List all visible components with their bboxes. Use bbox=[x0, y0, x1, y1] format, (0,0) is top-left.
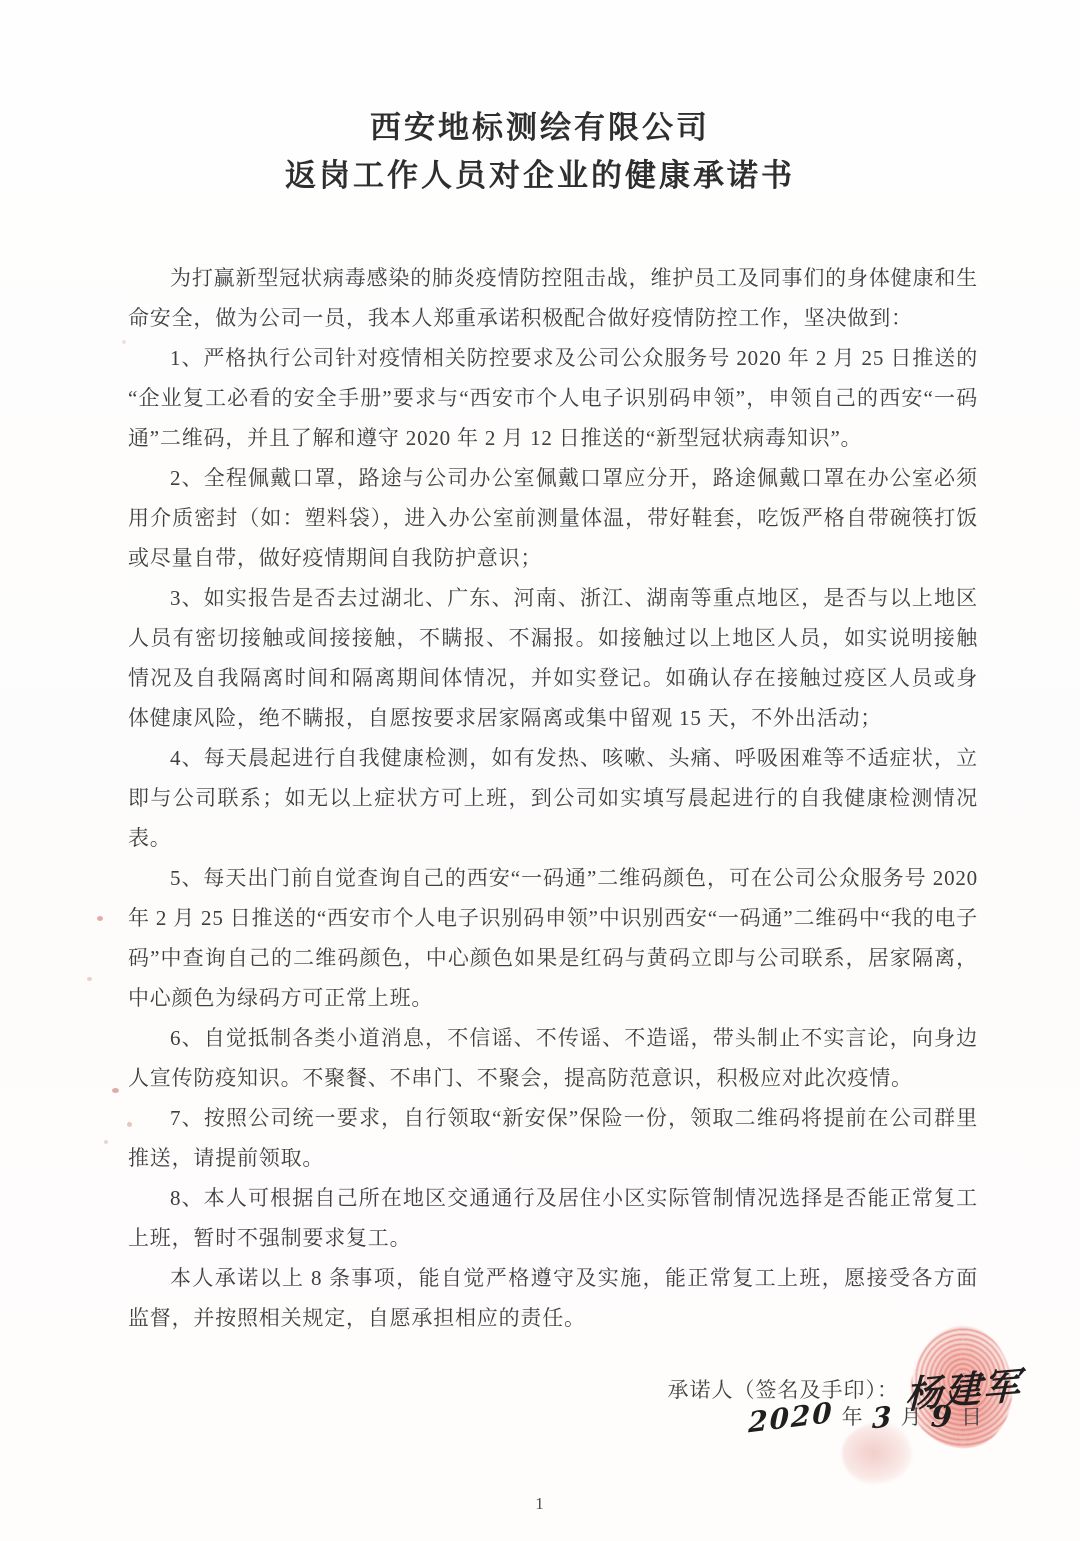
handwritten-year: 2020 bbox=[748, 1396, 834, 1440]
scan-speck bbox=[112, 1088, 119, 1093]
scan-speck bbox=[97, 916, 103, 921]
commitment-item-7: 7、按照公司统一要求，自行领取“新安保”保险一份，领取二维码将提前在公司群里推送… bbox=[128, 1098, 978, 1178]
scan-speck bbox=[122, 340, 126, 344]
handwritten-day: 9 bbox=[930, 1399, 955, 1436]
day-label: 日 bbox=[961, 1405, 984, 1429]
year-label: 年 bbox=[842, 1405, 865, 1429]
commitment-item-2: 2、全程佩戴口罩，路途与公司办公室佩戴口罩应分开，路途佩戴口罩在办公室必须用介质… bbox=[128, 458, 978, 578]
commitment-item-3: 3、如实报告是否去过湖北、广东、河南、浙江、湖南等重点地区，是否与以上地区人员有… bbox=[128, 578, 978, 738]
month-label: 月 bbox=[901, 1405, 924, 1429]
scanned-document-page: 西安地标测绘有限公司 返岗工作人员对企业的健康承诺书 为打赢新型冠状病毒感染的肺… bbox=[0, 0, 1080, 1541]
closing-paragraph: 本人承诺以上 8 条事项，能自觉严格遵守及实施，能正常复工上班，愿接受各方面监督… bbox=[128, 1258, 978, 1338]
commitment-item-1: 1、严格执行公司针对疫情相关防控要求及公司公众服务号 2020 年 2 月 25… bbox=[128, 338, 978, 458]
commitment-item-8: 8、本人可根据自己所在地区交通通行及居住小区实际管制情况选择是否能正常复工上班，… bbox=[128, 1178, 978, 1258]
page-number: 1 bbox=[0, 1494, 1080, 1514]
document-header: 西安地标测绘有限公司 返岗工作人员对企业的健康承诺书 bbox=[0, 104, 1080, 200]
scan-speck bbox=[87, 977, 92, 981]
document-body: 为打赢新型冠状病毒感染的肺炎疫情防控阻击战，维护员工及同事们的身体健康和生命安全… bbox=[128, 258, 978, 1338]
commitment-item-4: 4、每天晨起进行自我健康检测，如有发热、咳嗽、头痛、呼吸困难等不适症状，立即与公… bbox=[128, 738, 978, 858]
scan-speck bbox=[104, 1140, 108, 1144]
intro-paragraph: 为打赢新型冠状病毒感染的肺炎疫情防控阻击战，维护员工及同事们的身体健康和生命安全… bbox=[128, 258, 978, 338]
handwritten-month: 3 bbox=[872, 1400, 894, 1436]
document-title: 返岗工作人员对企业的健康承诺书 bbox=[0, 152, 1080, 200]
commitment-item-5: 5、每天出门前自觉查询自己的西安“一码通”二维码颜色，可在公司公众服务号 202… bbox=[128, 858, 978, 1018]
commitment-item-6: 6、自觉抵制各类小道消息，不信谣、不传谣、不造谣，带头制止不实言论，向身边人宣传… bbox=[128, 1018, 978, 1098]
signer-label: 承诺人（签名及手印）： bbox=[668, 1378, 900, 1402]
company-name: 西安地标测绘有限公司 bbox=[0, 104, 1080, 152]
date-line: 2020 年 3 月 9 日 bbox=[748, 1400, 984, 1435]
